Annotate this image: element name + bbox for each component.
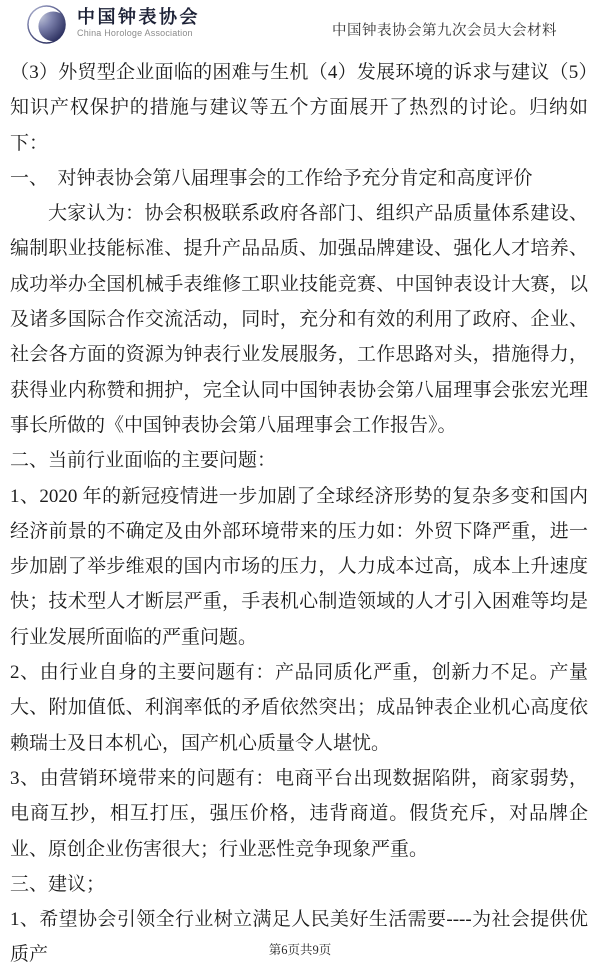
page-footer: 第6页共9页: [0, 940, 600, 958]
document-page: { "header": { "logo": { "name_zh": "中国钟表…: [0, 0, 600, 974]
document-body: （3）外贸型企业面临的困难与生机（4）发展环境的诉求与建议（5）知识产权保护的措…: [10, 55, 588, 973]
paragraph: 1、希望协会引领全行业树立满足人民美好生活需要----为社会提供优质产: [10, 902, 588, 973]
paragraph: 大家认为：协会积极联系政府各部门、组织产品质量体系建设、编制职业技能标准、提升产…: [10, 196, 588, 443]
paragraph: 3、由营销环境带来的问题有：电商平台出现数据陷阱，商家弱势，电商互抄，相互打压，…: [10, 761, 588, 867]
logo-text-block: 中国钟表协会 China Horologe Association: [77, 3, 200, 38]
document-material-label: 中国钟表协会第九次会员大会材料: [332, 19, 557, 40]
association-logo: 中国钟表协会 China Horologe Association: [25, 3, 200, 46]
logo-sphere-icon: [25, 3, 68, 46]
page-number: 第6页共9页: [269, 943, 332, 957]
logo-name-zh: 中国钟表协会: [77, 7, 200, 27]
paragraph-heading-two: 二、当前行业面临的主要问题：: [10, 443, 588, 478]
logo-name-en: China Horologe Association: [77, 28, 200, 38]
paragraph-heading-one: 一、 对钟表协会第八届理事会的工作给予充分肯定和高度评价: [10, 161, 588, 196]
paragraph-heading-three: 三、建议；: [10, 867, 588, 902]
paragraph: 1、2020 年的新冠疫情进一步加剧了全球经济形势的复杂多变和国内经济前景的不确…: [10, 479, 588, 655]
page-header: 中国钟表协会 China Horologe Association 中国钟表协会…: [0, 0, 600, 56]
paragraph: 2、由行业自身的主要问题有：产品同质化严重，创新力不足。产量大、附加值低、利润率…: [10, 655, 588, 761]
paragraph: （3）外贸型企业面临的困难与生机（4）发展环境的诉求与建议（5）知识产权保护的措…: [10, 55, 588, 161]
